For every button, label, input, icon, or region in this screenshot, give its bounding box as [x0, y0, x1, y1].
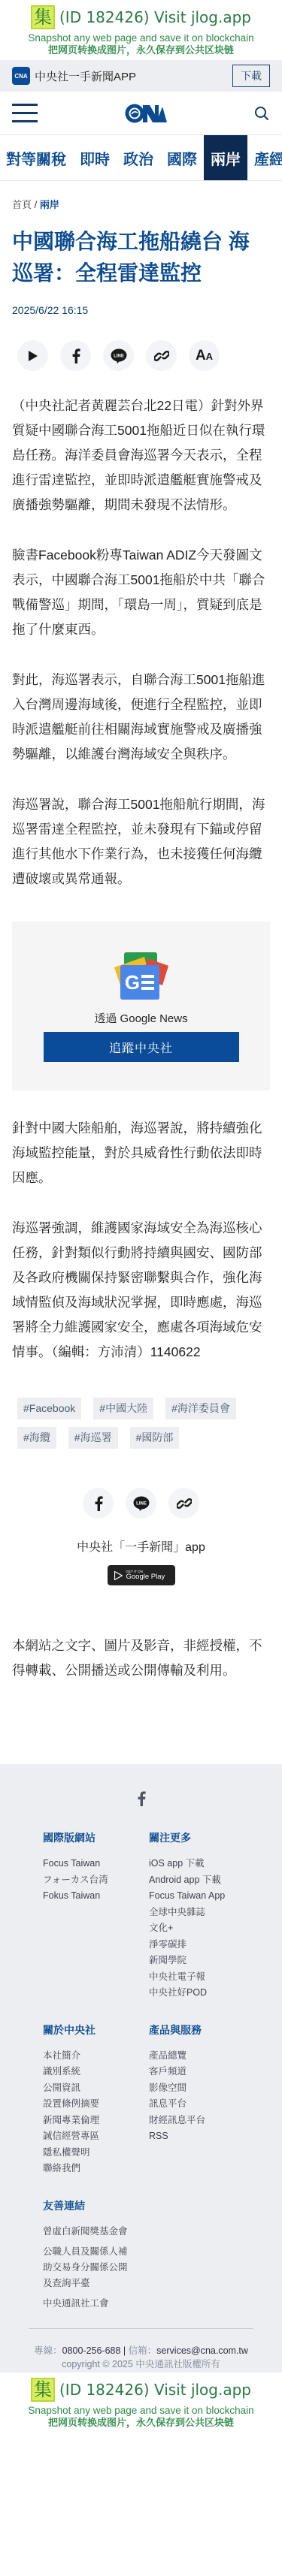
footer-link[interactable]: 曾虛白新聞獎基金會	[43, 2224, 133, 2240]
facebook-share-button[interactable]	[83, 1488, 114, 1519]
jlog-tagline-en: Snapshot any web page and save it on blo…	[0, 2405, 282, 2417]
footer-link[interactable]: 本社簡介	[43, 2048, 149, 2065]
footer-link[interactable]: 新聞學院	[149, 1953, 255, 1969]
footer-link[interactable]: 產品總覽	[149, 2048, 255, 2065]
svg-text:LINE: LINE	[136, 1501, 147, 1506]
footer-link[interactable]: 聯絡我們	[43, 2161, 149, 2177]
breadcrumb-current[interactable]: 兩岸	[40, 199, 59, 210]
footer-heading: 產品與服務	[149, 2022, 255, 2039]
nav-item-business[interactable]: 產經	[247, 135, 282, 180]
play-icon	[28, 350, 38, 362]
footer-row-1: 國際版網站 Focus Taiwan フォーカス台湾 Fokus Taiwan …	[0, 1830, 282, 2001]
footer-heading: 關於中央社	[43, 2022, 149, 2039]
footer-section-friends: 友善連結 曾虛白新聞獎基金會 公職人員及關係人補助交易身分關係公開及查詢平臺 中…	[0, 2198, 282, 2312]
gplay-big-label: Google Play	[126, 1573, 165, 1581]
article-paragraph: 海巡署說，聯合海工5001拖船航行期間，海巡署雷達全程監控，並未發現有下錨或停留…	[12, 792, 270, 891]
tag[interactable]: #Facebook	[17, 1398, 81, 1419]
footer-link[interactable]: 淨零碳排	[149, 1937, 255, 1953]
footer-link[interactable]: Fokus Taiwan	[43, 1888, 149, 1905]
footer-contact: 專線：0800-256-688 | 信箱：services@cna.com.tw…	[0, 2344, 282, 2371]
google-news-icon: G	[113, 952, 170, 1000]
jlog-banner-top: 集 (ID 182426) Visit jlog.app Snapshot an…	[0, 0, 282, 60]
copy-link-button[interactable]	[146, 340, 177, 371]
jlog-banner-bottom: 集 (ID 182426) Visit jlog.app Snapshot an…	[0, 2372, 282, 2433]
footer-link[interactable]: 設置條例摘要	[43, 2096, 149, 2113]
footer-section-products: 產品與服務 產品總覽 客戶頻道 影像空間 訊息平台 財經訊息平台 RSS	[149, 2022, 255, 2177]
line-icon: LINE	[133, 1496, 150, 1511]
google-news-card: G 透過 Google News 追蹤中央社	[12, 922, 270, 1090]
nav-item-politics[interactable]: 政治	[117, 135, 160, 180]
tag[interactable]: #海洋委員會	[165, 1398, 236, 1419]
footer-link[interactable]: iOS app 下載	[149, 1856, 255, 1872]
link-icon	[154, 348, 169, 363]
jlog-tagline-zh: 把网页转换成图片，永久保存到公共区块链	[0, 2417, 282, 2429]
site-footer: 國際版網站 Focus Taiwan フォーカス台湾 Fokus Taiwan …	[0, 1764, 282, 2372]
copy-link-button[interactable]	[168, 1488, 199, 1519]
breadcrumb-home[interactable]: 首頁	[12, 199, 32, 210]
app-promo-text: 中央社「一手新聞」app	[12, 1537, 270, 1555]
breadcrumb: 首頁 / 兩岸	[12, 197, 270, 211]
email-label: 信箱：	[129, 2345, 157, 2356]
jlog-badge-icon: 集	[31, 5, 55, 29]
footer-link[interactable]: 全球中央雜誌	[149, 1905, 255, 1921]
footer-section-follow: 關注更多 iOS app 下載 Android app 下載 Focus Tai…	[149, 1830, 255, 2001]
nav-item-cross-strait[interactable]: 兩岸	[204, 135, 247, 180]
app-download-bar: CNA 中央社一手新聞APP 下載	[0, 60, 282, 92]
footer-link[interactable]: フォーカス台湾	[43, 1872, 149, 1889]
svg-text:G: G	[124, 971, 139, 994]
jlog-title[interactable]: (ID 182426) Visit jlog.app	[59, 2381, 251, 2399]
article-date: 2025/6/22 16:15	[12, 304, 270, 316]
footer-link[interactable]: 中央社好POD	[149, 1985, 255, 2001]
google-news-label: 透過 Google News	[94, 1010, 187, 1026]
hotline-number[interactable]: 0800-256-688	[62, 2345, 121, 2356]
facebook-icon	[94, 1496, 103, 1511]
line-share-button[interactable]: LINE	[103, 340, 134, 371]
contact-separator: |	[120, 2345, 128, 2356]
app-name: 中央社一手新聞APP	[35, 68, 232, 84]
tag[interactable]: #國防部	[130, 1427, 180, 1449]
svg-text:LINE: LINE	[114, 354, 124, 358]
category-nav: 對等關稅 即時 政治 國際 兩岸 產經	[0, 135, 282, 181]
hotline-label: 專線：	[34, 2345, 62, 2356]
nav-item-tariffs[interactable]: 對等關稅	[0, 135, 73, 180]
breadcrumb-separator: /	[32, 199, 40, 210]
follow-cna-button[interactable]: 追蹤中央社	[44, 1032, 239, 1062]
article: 首頁 / 兩岸 中國聯合海工拖船繞台 海巡署：全程雷達監控 2025/6/22 …	[0, 197, 282, 1683]
facebook-icon	[71, 348, 80, 363]
tag-list: #Facebook #中國大陸 #海洋委員會 #海纜 #海巡署 #國防部	[12, 1398, 270, 1449]
footer-link[interactable]: 新聞專業倫理	[43, 2113, 149, 2129]
jlog-title[interactable]: (ID 182426) Visit jlog.app	[59, 8, 251, 26]
bottom-share-toolbar: LINE	[12, 1488, 270, 1519]
nav-item-international[interactable]: 國際	[160, 135, 204, 180]
footer-heading: 關注更多	[149, 1830, 255, 1847]
line-icon: LINE	[111, 348, 127, 363]
font-size-icon: AA	[196, 348, 213, 364]
footer-link[interactable]: 財經訊息平台	[149, 2113, 255, 2129]
footer-divider	[29, 2328, 253, 2329]
article-paragraph: （中央社記者黃麗芸台北22日電）針對外界質疑中國聯合海工5001拖船近日似在執行…	[12, 394, 270, 517]
footer-link[interactable]: Android app 下載	[149, 1872, 255, 1889]
footer-link[interactable]: 隱私權聲明	[43, 2145, 149, 2161]
footer-link[interactable]: 公職人員及關係人補助交易身分關係公開及查詢平臺	[43, 2244, 133, 2291]
google-play-icon	[114, 1571, 123, 1580]
footer-link[interactable]: RSS	[149, 2128, 255, 2145]
cna-logo[interactable]	[125, 104, 167, 123]
hamburger-icon[interactable]	[12, 104, 38, 122]
footer-link[interactable]: 客戶頻道	[149, 2064, 255, 2080]
download-button[interactable]: 下載	[232, 65, 270, 87]
app-logo-icon: CNA	[12, 67, 30, 85]
facebook-icon	[137, 1791, 146, 1806]
nav-item-latest[interactable]: 即時	[73, 135, 117, 180]
footer-link[interactable]: 中央社電子報	[149, 1969, 255, 1986]
footer-link[interactable]: 識別系統	[43, 2064, 149, 2080]
footer-section-intl: 國際版網站 Focus Taiwan フォーカス台湾 Fokus Taiwan	[43, 1830, 149, 2001]
footer-row-2: 關於中央社 本社簡介 識別系統 公開資訊 設置條例摘要 新聞專業倫理 誠信經營專…	[0, 2022, 282, 2177]
footer-facebook-link[interactable]	[0, 1791, 282, 1809]
footer-section-about: 關於中央社 本社簡介 識別系統 公開資訊 設置條例摘要 新聞專業倫理 誠信經營專…	[43, 2022, 149, 2177]
article-paragraph: 臉書Facebook粉專Taiwan ADIZ今天發圖文表示，中國聯合海工500…	[12, 543, 270, 642]
footer-heading: 國際版網站	[43, 1830, 149, 1847]
share-toolbar: LINE AA	[12, 340, 270, 371]
footer-link[interactable]: 影像空間	[149, 2080, 255, 2097]
footer-heading: 友善連結	[43, 2198, 282, 2215]
cna-logo-icon	[125, 104, 167, 123]
jlog-tagline-en: Snapshot any web page and save it on blo…	[0, 32, 282, 44]
facebook-share-button[interactable]	[60, 340, 91, 371]
footer-link[interactable]: 中央通訊社工會	[43, 2296, 133, 2312]
tag[interactable]: #中國大陸	[93, 1398, 153, 1419]
link-icon	[177, 1496, 192, 1511]
font-size-button[interactable]: AA	[189, 340, 220, 371]
footer-link[interactable]: 訊息平台	[149, 2096, 255, 2113]
jlog-tagline-zh: 把网页转换成图片，永久保存到公共区块链	[0, 44, 282, 56]
footer-copyright: copyright © 2025 中央通訊社版權所有	[0, 2357, 282, 2371]
email-address[interactable]: services@cna.com.tw	[156, 2345, 248, 2356]
article-paragraph: 海巡署強調，維護國家海域安全為海巡核心任務，針對類似行動將持續與國安、國防部及各…	[12, 1216, 270, 1365]
footer-link[interactable]: 公開資訊	[43, 2080, 149, 2097]
jlog-badge-icon: 集	[31, 2378, 55, 2402]
footer-link[interactable]: 文化+	[149, 1920, 255, 1937]
google-play-badge[interactable]: GET IT ON Google Play	[108, 1565, 175, 1585]
footer-link[interactable]: Focus Taiwan	[43, 1856, 149, 1872]
article-title: 中國聯合海工拖船繞台 海巡署：全程雷達監控	[12, 226, 270, 289]
tag[interactable]: #海巡署	[68, 1427, 118, 1449]
tag[interactable]: #海纜	[17, 1427, 56, 1449]
article-paragraph: 對此，海巡署表示，自聯合海工5001拖船進入台灣周邊海域後，便進行全程監控，並即…	[12, 668, 270, 767]
footer-link[interactable]: 誠信經營專區	[43, 2128, 149, 2145]
listen-button[interactable]	[17, 340, 48, 371]
site-header	[0, 92, 282, 135]
search-icon[interactable]	[253, 105, 270, 122]
article-paragraph: 針對中國大陸船舶，海巡署說，將持續強化海域監控能量，對於具威脅性行動依法即時因應…	[12, 1116, 270, 1190]
footer-link[interactable]: Focus Taiwan App	[149, 1888, 255, 1905]
line-share-button[interactable]: LINE	[126, 1488, 156, 1519]
copyright-notice: 本網站之文字、圖片及影音，非經授權，不得轉載、公開播送或公開傳輸及利用。	[12, 1633, 270, 1683]
